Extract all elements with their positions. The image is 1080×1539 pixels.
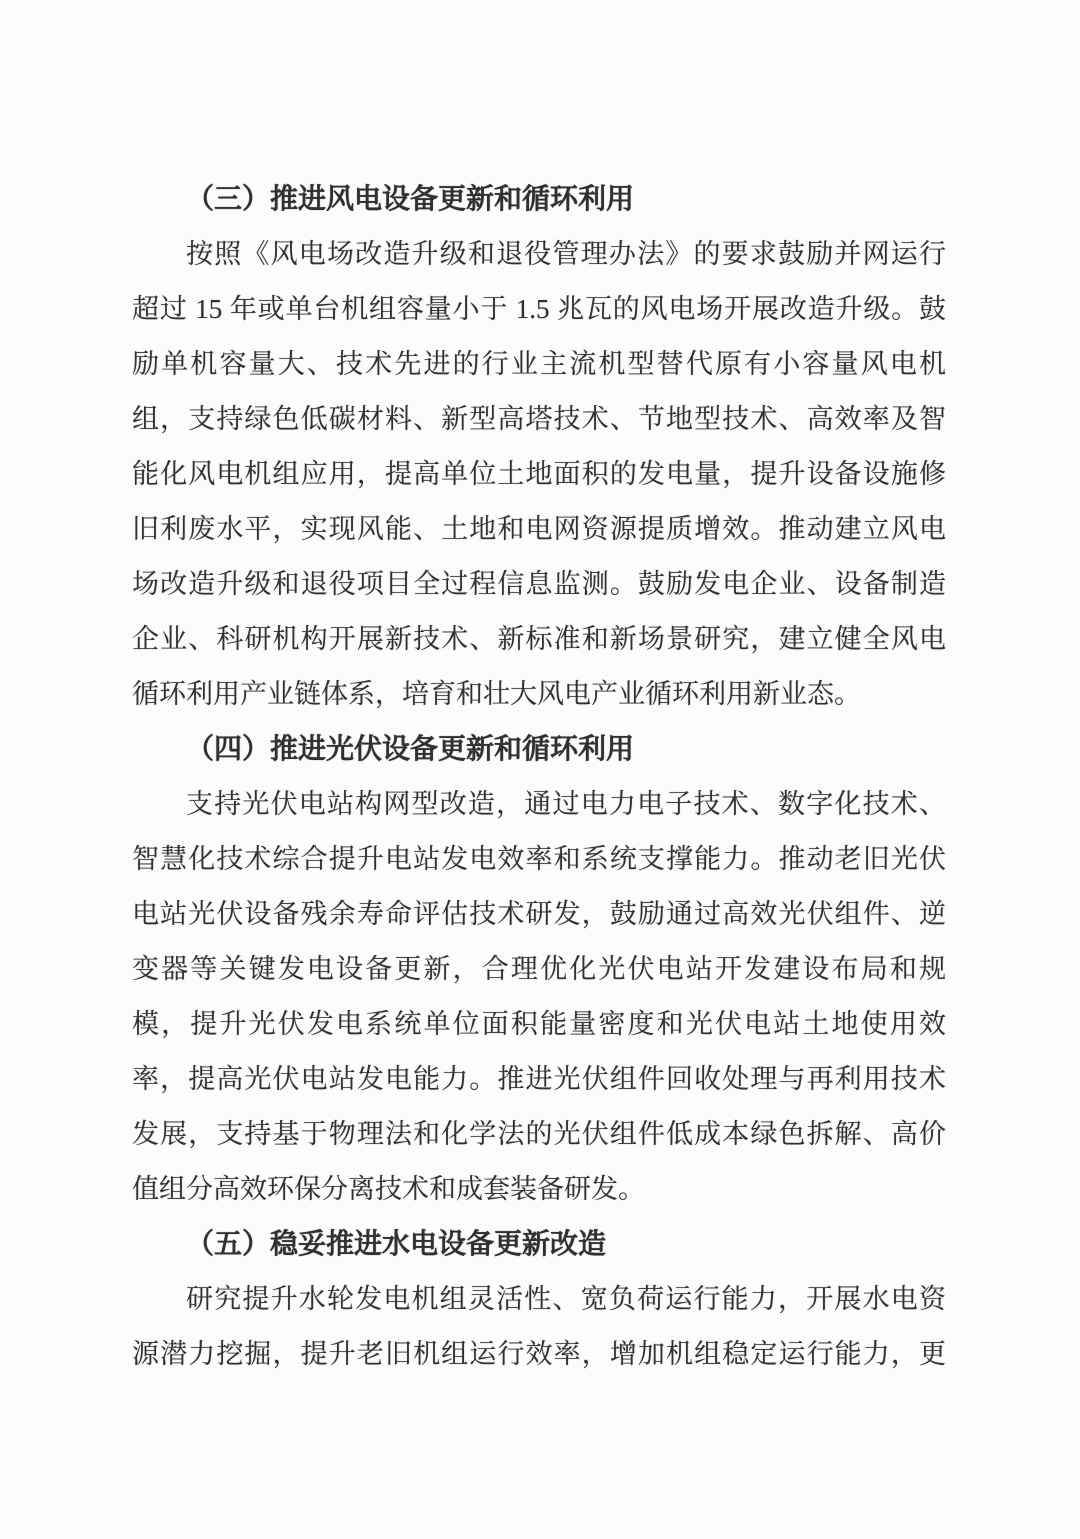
text-line: 源潜力挖掘，提升老旧机组运行效率，增加机组稳定运行能力，更 <box>132 1327 946 1382</box>
text-line: 励单机容量大、技术先进的行业主流机型替代原有小容量风电机 <box>132 337 946 392</box>
text-line: 率，提高光伏电站发电能力。推进光伏组件回收处理与再利用技术 <box>132 1052 946 1107</box>
document-body: （三）推进风电设备更新和循环利用按照《风电场改造升级和退役管理办法》的要求鼓励并… <box>132 172 946 1382</box>
text-line: 能化风电机组应用，提高单位土地面积的发电量，提升设备设施修 <box>132 447 946 502</box>
text-line: 场改造升级和退役项目全过程信息监测。鼓励发电企业、设备制造 <box>132 557 946 612</box>
text-line: 旧利废水平，实现风能、土地和电网资源提质增效。推动建立风电 <box>132 502 946 557</box>
text-line: 企业、科研机构开展新技术、新标准和新场景研究，建立健全风电 <box>132 612 946 667</box>
section-heading: （四）推进光伏设备更新和循环利用 <box>132 722 946 777</box>
text-line: 值组分高效环保分离技术和成套装备研发。 <box>132 1162 946 1217</box>
text-line: 电站光伏设备残余寿命评估技术研发，鼓励通过高效光伏组件、逆 <box>132 887 946 942</box>
text-line: 发展，支持基于物理法和化学法的光伏组件低成本绿色拆解、高价 <box>132 1107 946 1162</box>
section-heading: （三）推进风电设备更新和循环利用 <box>132 172 946 227</box>
text-line: 超过 15 年或单台机组容量小于 1.5 兆瓦的风电场开展改造升级。鼓 <box>132 282 946 337</box>
text-line: 变器等关键发电设备更新，合理优化光伏电站开发建设布局和规 <box>132 942 946 997</box>
text-line: 支持光伏电站构网型改造，通过电力电子技术、数字化技术、 <box>132 777 946 832</box>
text-line: 智慧化技术综合提升电站发电效率和系统支撑能力。推动老旧光伏 <box>132 832 946 887</box>
text-line: 组，支持绿色低碳材料、新型高塔技术、节地型技术、高效率及智 <box>132 392 946 447</box>
text-line: 研究提升水轮发电机组灵活性、宽负荷运行能力，开展水电资 <box>132 1272 946 1327</box>
section-heading: （五）稳妥推进水电设备更新改造 <box>132 1217 946 1272</box>
text-line: 按照《风电场改造升级和退役管理办法》的要求鼓励并网运行 <box>132 227 946 282</box>
text-line: 循环利用产业链体系，培育和壮大风电产业循环利用新业态。 <box>132 667 946 722</box>
document-page: （三）推进风电设备更新和循环利用按照《风电场改造升级和退役管理办法》的要求鼓励并… <box>0 0 1080 1539</box>
text-line: 模，提升光伏发电系统单位面积能量密度和光伏电站土地使用效 <box>132 997 946 1052</box>
